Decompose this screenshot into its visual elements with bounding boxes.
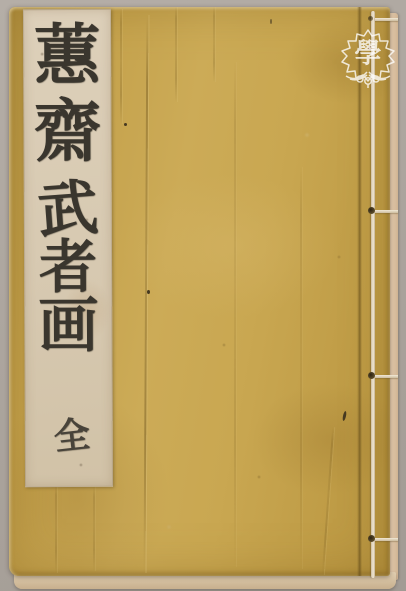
crest-character: 學 xyxy=(355,39,382,70)
binding-hole xyxy=(368,16,373,21)
binding-hole xyxy=(368,535,375,542)
stain-speck xyxy=(124,123,127,126)
cover-crease xyxy=(234,62,236,567)
volume-marker: 全 xyxy=(52,416,92,456)
spine-fold-groove xyxy=(357,7,362,576)
title-character: 者 xyxy=(39,238,97,296)
binding-stitch xyxy=(372,210,398,213)
cover-crease xyxy=(55,485,57,573)
university-crest-icon: 學 xyxy=(341,29,395,89)
binding-hole xyxy=(368,372,375,379)
title-character: 蕙 xyxy=(34,22,100,88)
cover-crease xyxy=(213,7,215,82)
title-label: 蕙 齋 武 者 画 全 xyxy=(23,9,113,487)
title-character: 齋 xyxy=(33,98,101,166)
binding-stitch xyxy=(372,18,398,21)
binding-stitch xyxy=(372,538,398,541)
binding-thread-vertical xyxy=(371,11,375,578)
binding-hole xyxy=(368,207,375,214)
photo-background: 蕙 齋 武 者 画 全 學 xyxy=(0,0,406,591)
cover-crease xyxy=(93,487,95,571)
cover-crease xyxy=(120,9,122,124)
title-character: 画 xyxy=(38,296,98,356)
cover-crease xyxy=(300,167,302,569)
binding-stitch xyxy=(372,375,398,378)
cover-crease xyxy=(175,7,177,102)
stain-speck xyxy=(147,290,150,294)
stain-speck xyxy=(270,19,272,24)
